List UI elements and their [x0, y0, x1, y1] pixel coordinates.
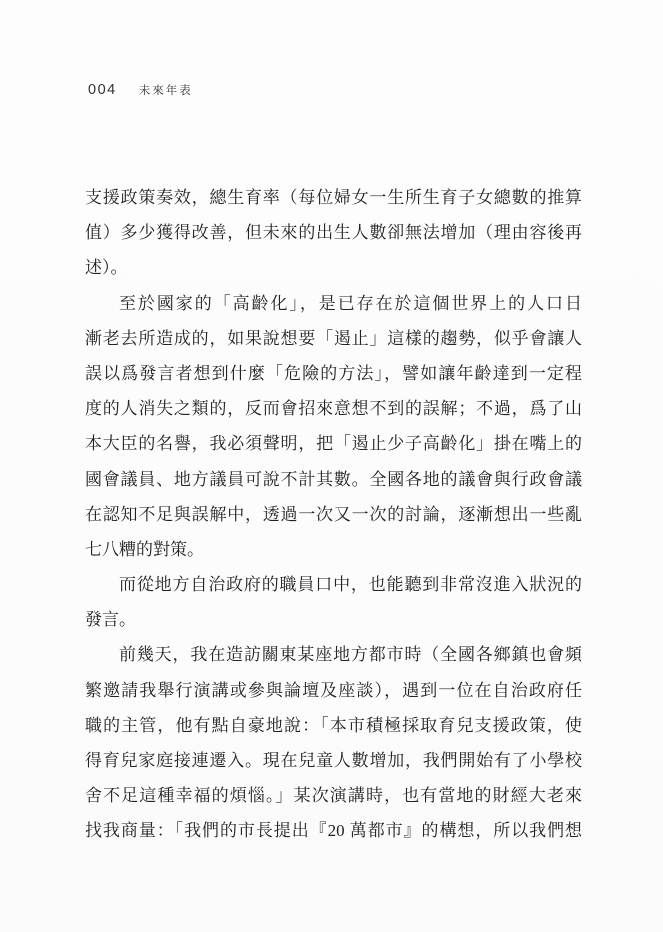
text-line: 找我商量：「我們的市長提出『20 萬都市』的構想，所以我們想	[85, 813, 582, 848]
text-line: 七八糟的對策。	[85, 532, 582, 567]
paragraph: 前幾天，我在造訪關東某座地方都市時（全國各鄉鎮也會頻 繁邀請我舉行演講或參與論壇…	[85, 637, 582, 848]
text-line: 本大臣的名譽，我必須聲明，把「遏止少子高齡化」掛在嘴上的	[85, 426, 582, 461]
text-line: 發言。	[85, 602, 582, 637]
book-title: 未來年表	[139, 82, 193, 98]
text-line: 國會議員、地方議員可說不計其數。全國各地的議會與行政會議	[85, 462, 582, 497]
paragraph: 而從地方自治政府的職員口中，也能聽到非常沒進入狀況的 發言。	[85, 567, 582, 637]
text-line: 值）多少獲得改善，但未來的出生人數卻無法增加（理由容後再	[85, 215, 582, 250]
text-line: 繁邀請我舉行演講或參與論壇及座談），遇到一位在自治政府任	[85, 673, 582, 708]
text-line: 漸老去所造成的，如果說想要「遏止」這樣的趨勢，似乎會讓人	[85, 321, 582, 356]
text-line: 而從地方自治政府的職員口中，也能聽到非常沒進入狀況的	[85, 567, 582, 602]
text-line: 述）。	[85, 250, 582, 285]
text-line: 誤以爲發言者想到什麼「危險的方法」，譬如讓年齡達到一定程	[85, 356, 582, 391]
text-line: 得育兒家庭接連遷入。現在兒童人數增加，我們開始有了小學校	[85, 743, 582, 778]
text-line: 職的主管，他有點自豪地說：「本市積極採取育兒支援政策，使	[85, 708, 582, 743]
text-line: 度的人消失之類的，反而會招來意想不到的誤解；不過，爲了山	[85, 391, 582, 426]
page-header: 004 未來年表	[88, 82, 193, 98]
body-text: 支援政策奏效，總生育率（每位婦女一生所生育子女總數的推算 值）多少獲得改善，但未…	[85, 180, 582, 849]
text-line: 支援政策奏效，總生育率（每位婦女一生所生育子女總數的推算	[85, 180, 582, 215]
text-line: 前幾天，我在造訪關東某座地方都市時（全國各鄉鎮也會頻	[85, 637, 582, 672]
text-line: 舍不足這種幸福的煩惱。」某次演講時，也有當地的財經大老來	[85, 778, 582, 813]
paragraph: 至於國家的「高齡化」，是已存在於這個世界上的人口日 漸老去所造成的，如果說想要「…	[85, 286, 582, 568]
text-line: 至於國家的「高齡化」，是已存在於這個世界上的人口日	[85, 286, 582, 321]
text-line: 在認知不足與誤解中，透過一次又一次的討論，逐漸想出一些亂	[85, 497, 582, 532]
book-page: 004 未來年表 支援政策奏效，總生育率（每位婦女一生所生育子女總數的推算 值）…	[0, 0, 663, 932]
paragraph: 支援政策奏效，總生育率（每位婦女一生所生育子女總數的推算 值）多少獲得改善，但未…	[85, 180, 582, 286]
page-number: 004	[88, 82, 117, 98]
